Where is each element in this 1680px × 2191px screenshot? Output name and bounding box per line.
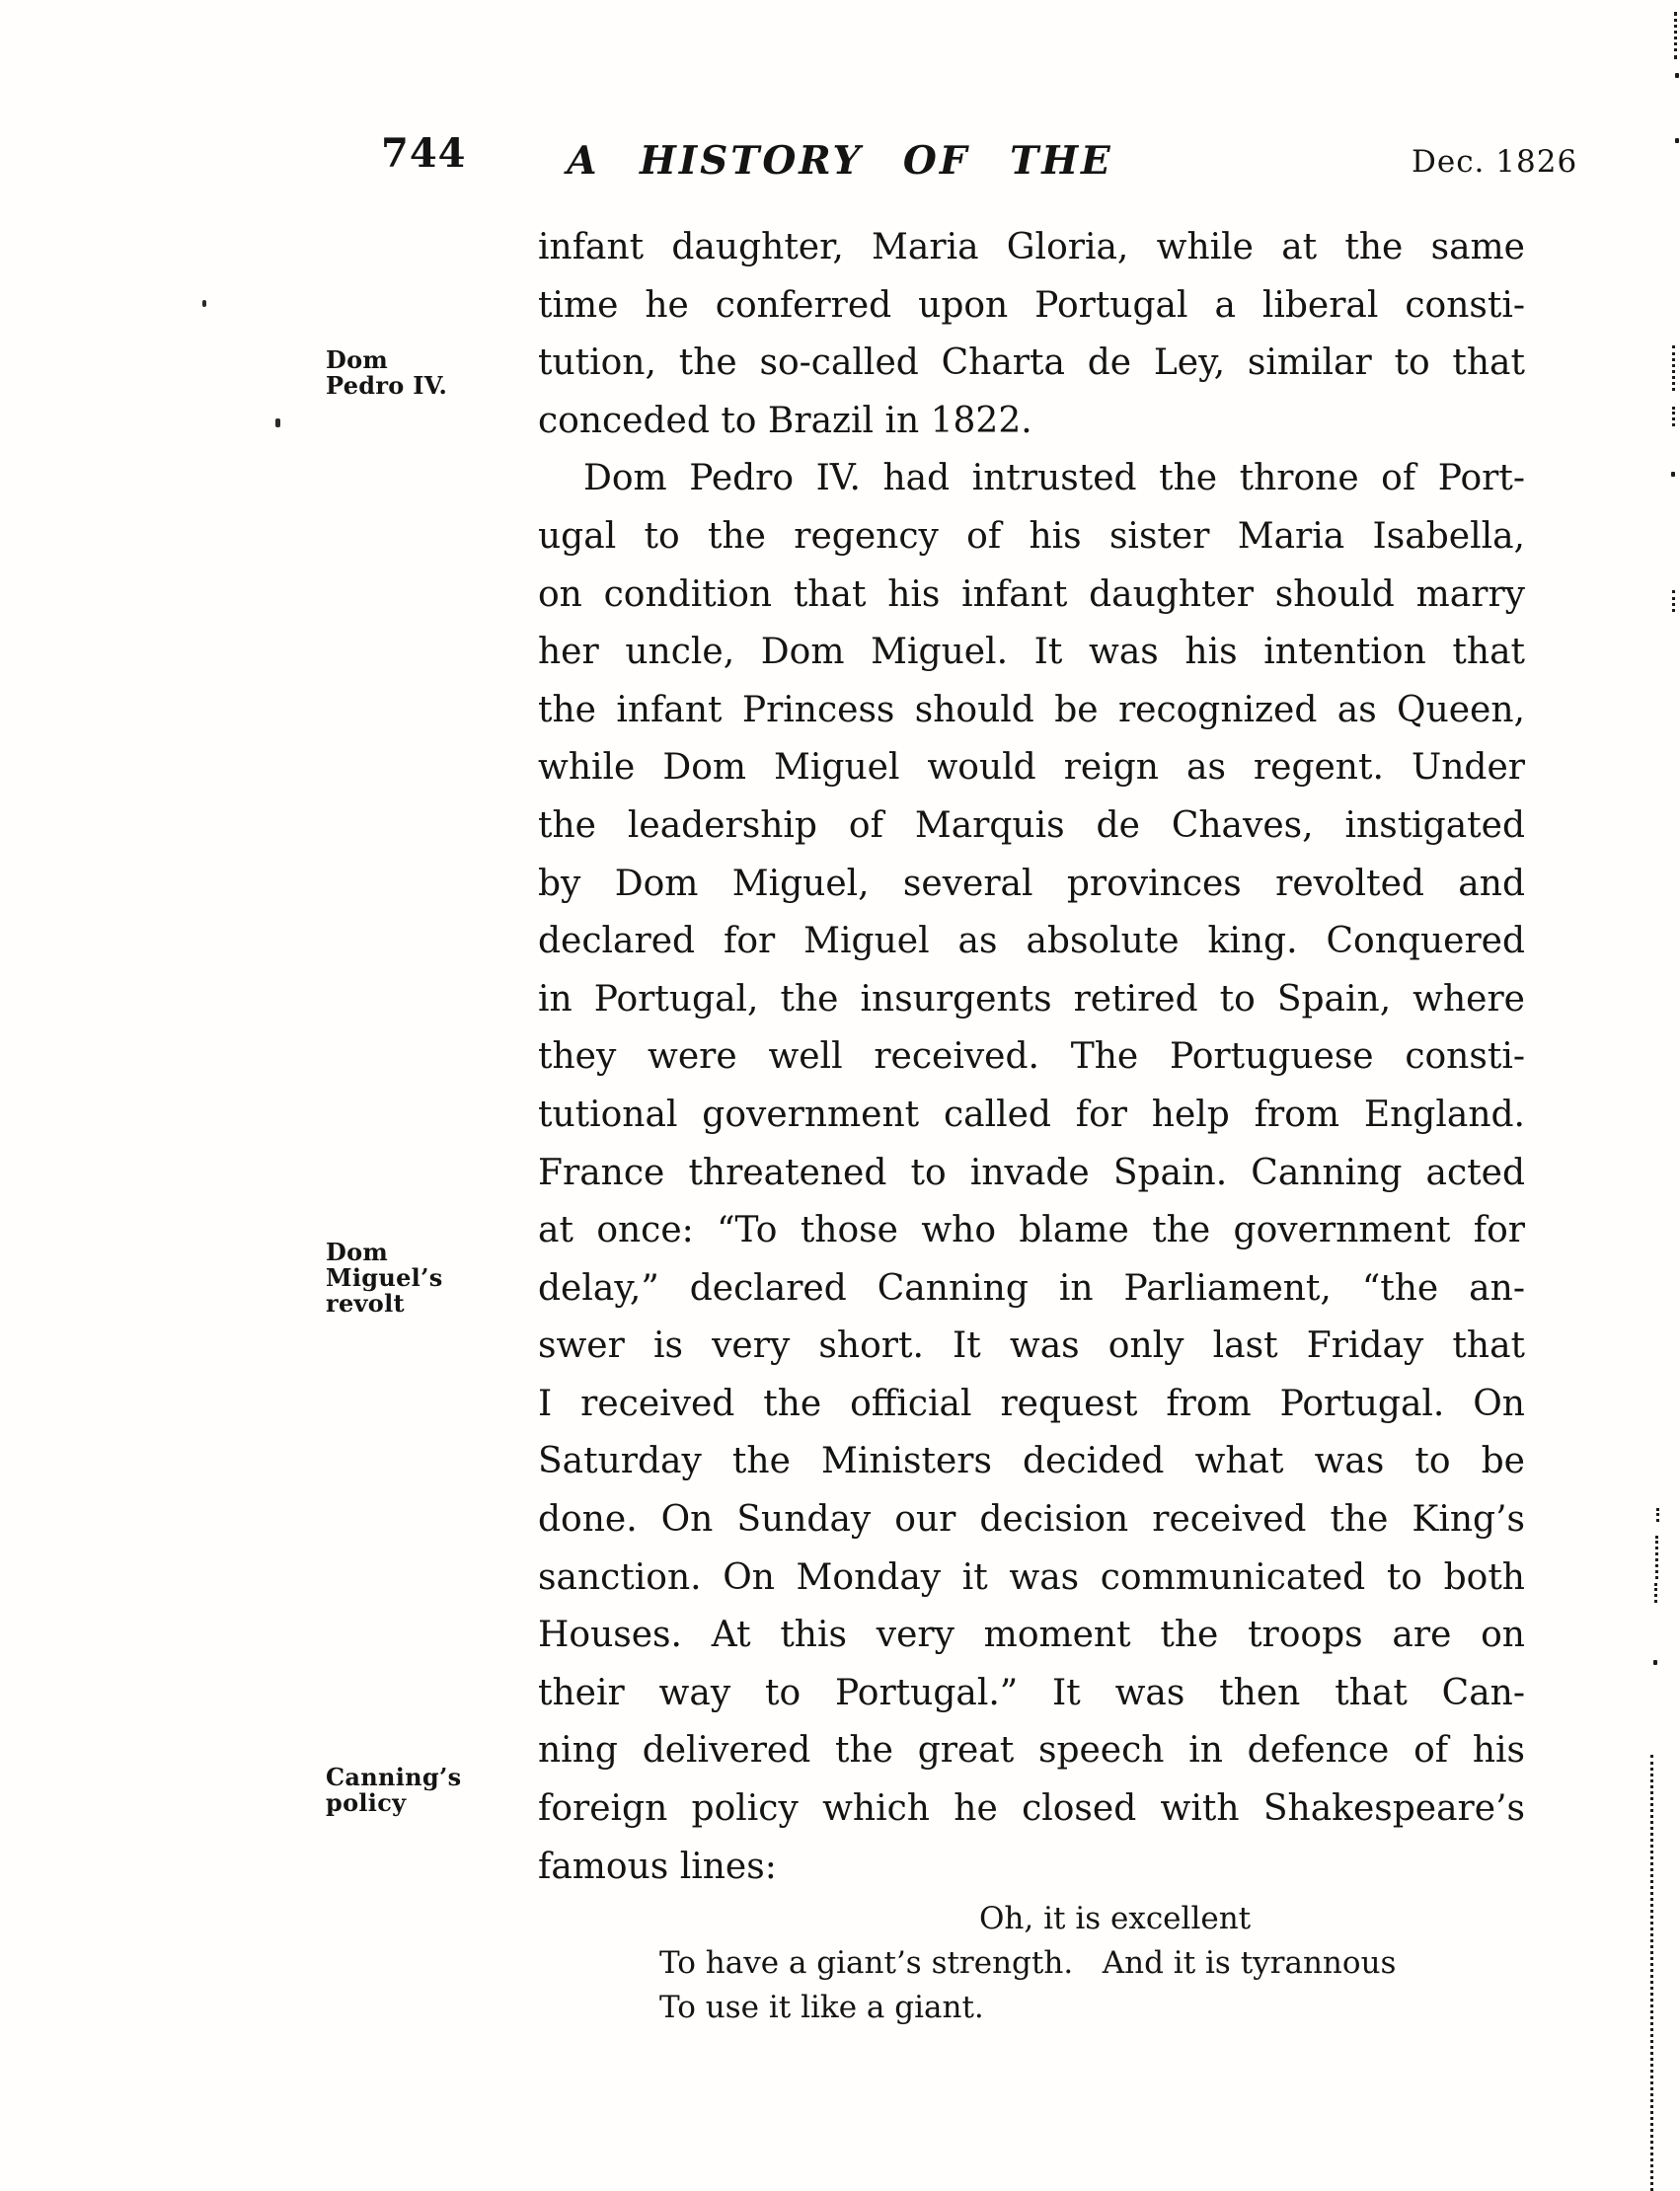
body-line: tution, the so-called Charta de Ley, sim… <box>538 335 1525 393</box>
margin-note-line: Dom <box>326 347 535 373</box>
margin-note-line: revolt <box>326 1291 535 1317</box>
body-text: infant daughter, Maria Gloria, while at … <box>538 219 1525 1896</box>
body-line: on condition that his infant daughter sh… <box>538 567 1525 625</box>
scan-artifact <box>275 418 280 427</box>
quote-line: Oh, it is excellent <box>659 1897 1548 1941</box>
body-line: ning delivered the great speech in defen… <box>538 1722 1525 1780</box>
body-line: Saturday the Ministers decided what was … <box>538 1433 1525 1491</box>
body-line: tutional government called for help from… <box>538 1087 1525 1145</box>
body-line: swer is very short. It was only last Fri… <box>538 1318 1525 1376</box>
margin-note-line: Canning’s <box>326 1765 535 1790</box>
body-line: foreign policy which he closed with Shak… <box>538 1780 1525 1839</box>
body-line: declared for Miguel as absolute king. Co… <box>538 913 1525 971</box>
body-line: at once: “To those who blame the governm… <box>538 1202 1525 1260</box>
scan-artifact <box>1672 407 1675 426</box>
scan-artifact <box>1655 1536 1658 1579</box>
quote-line: To use it like a giant. <box>659 1986 1548 2030</box>
scan-artifact <box>1671 472 1675 477</box>
body-line: their way to Portugal.” It was then that… <box>538 1665 1525 1723</box>
scan-artifact <box>1674 12 1677 59</box>
scan-artifact <box>202 300 206 307</box>
body-line: they were well received. The Portuguese … <box>538 1028 1525 1087</box>
scan-artifact <box>1672 590 1675 612</box>
scan-artifact <box>1650 1755 1653 2191</box>
body-line: while Dom Miguel would reign as regent. … <box>538 739 1525 797</box>
scan-artifact <box>1656 1508 1659 1522</box>
body-line: Dom Pedro IV. had intrusted the throne o… <box>538 450 1525 508</box>
body-line: famous lines: <box>538 1839 1525 1897</box>
body-line: I received the official request from Por… <box>538 1376 1525 1434</box>
margin-note-dom-pedro: DomPedro IV. <box>326 347 535 399</box>
scan-artifact <box>1672 345 1675 391</box>
margin-note-dom-miguel-revolt: DomMiguel’srevolt <box>326 1240 535 1317</box>
margin-note-cannings-policy: Canning’spolicy <box>326 1765 535 1816</box>
body-line: sanction. On Monday it was communicated … <box>538 1549 1525 1608</box>
body-line: France threatened to invade Spain. Canni… <box>538 1145 1525 1203</box>
body-line: her uncle, Dom Miguel. It was his intent… <box>538 624 1525 682</box>
scan-artifact <box>1654 1583 1657 1603</box>
body-line: ugal to the regency of his sister Maria … <box>538 508 1525 567</box>
body-line: delay,” declared Canning in Parliament, … <box>538 1260 1525 1319</box>
scan-artifact <box>1675 73 1679 78</box>
verse-quote: Oh, it is excellentTo have a giant’s str… <box>659 1897 1548 2030</box>
body-line: in Portugal, the insurgents retired to S… <box>538 971 1525 1029</box>
margin-note-line: Miguel’s <box>326 1265 535 1291</box>
margin-note-line: Dom <box>326 1240 535 1265</box>
body-line: time he conferred upon Portugal a libera… <box>538 277 1525 336</box>
body-line: done. On Sunday our decision received th… <box>538 1491 1525 1549</box>
body-line: infant daughter, Maria Gloria, while at … <box>538 219 1525 277</box>
margin-note-line: Pedro IV. <box>326 373 535 399</box>
body-line: conceded to Brazil in 1822. <box>538 393 1525 451</box>
scan-artifact <box>1653 1660 1657 1665</box>
body-line: the leadership of Marquis de Chaves, ins… <box>538 797 1525 856</box>
body-line: the infant Princess should be recognized… <box>538 682 1525 740</box>
quote-line: To have a giant’s strength. And it is ty… <box>659 1941 1548 1986</box>
book-page: 744 A HISTORY OF THE Dec. 1826 DomPedro … <box>0 0 1680 2191</box>
issue-date: Dec. 1826 <box>1412 144 1577 180</box>
body-line: Houses. At this very moment the troops a… <box>538 1607 1525 1665</box>
margin-note-line: policy <box>326 1790 535 1816</box>
body-line: by Dom Miguel, several provinces revolte… <box>538 856 1525 914</box>
scan-artifact <box>1675 138 1679 143</box>
